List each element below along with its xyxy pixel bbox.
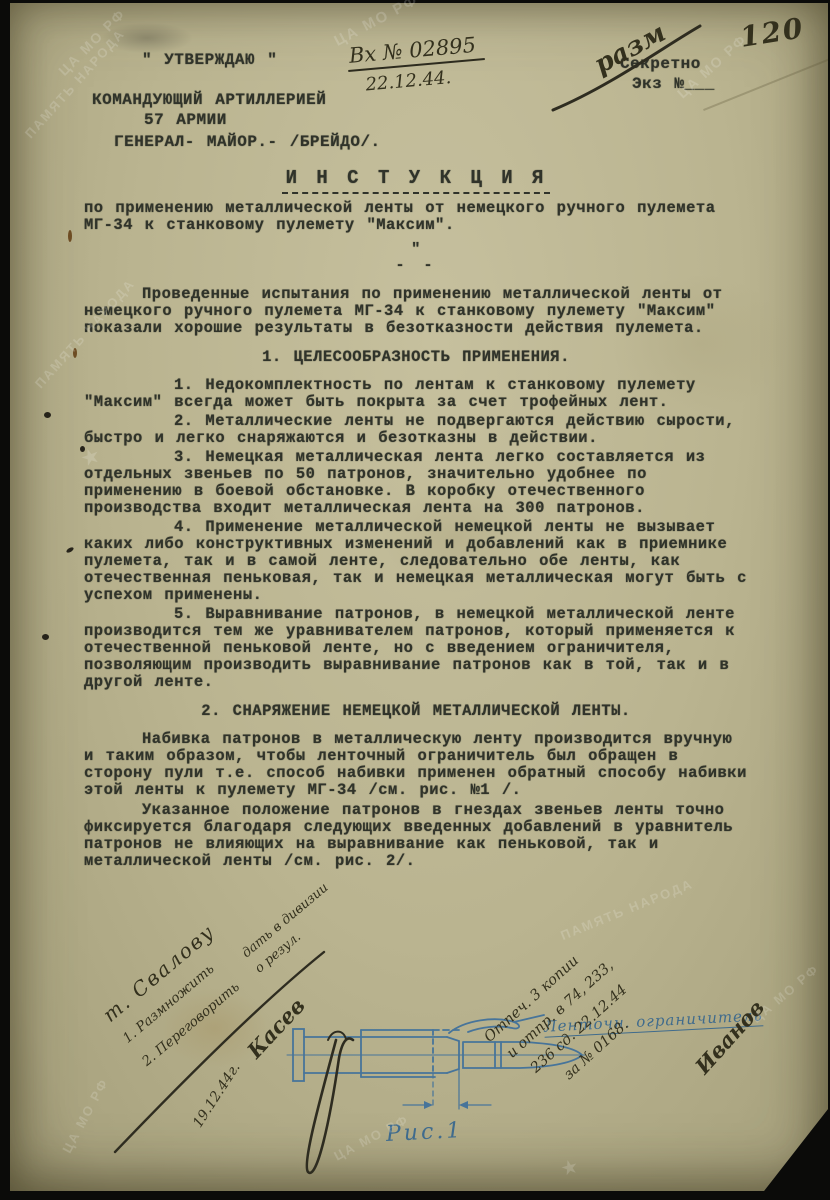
section-2-title: 2. СНАРЯЖЕНИЕ НЕМЕЦКОЙ МЕТАЛЛИЧЕСКОЙ ЛЕН… bbox=[84, 703, 748, 720]
approve-stamp: " УТВЕРЖДАЮ " bbox=[142, 50, 277, 70]
body-paragraph: Указанное положение патронов в гнездах з… bbox=[84, 802, 748, 870]
typed-body: И Н С Т У К Ц И Я по применению металлич… bbox=[84, 170, 748, 873]
army-number: 57 АРМИИ bbox=[144, 110, 381, 130]
list-item: 1. Недокомплектность по лентам к станков… bbox=[84, 377, 748, 411]
list-item: 3. Немецкая металлическая лента легко со… bbox=[84, 449, 748, 517]
quote-mark: " bbox=[84, 242, 748, 257]
intro-paragraph: Проведенные испытания по применению мета… bbox=[84, 286, 748, 337]
document-subtitle: по применению металлической ленты от нем… bbox=[84, 200, 748, 234]
divider-dashes: - - bbox=[84, 257, 748, 274]
commander-block: КОМАНДУЮЩИЙ АРТИЛЛЕРИЕЙ 57 АРМИИ ГЕНЕРАЛ… bbox=[92, 90, 381, 152]
list-item: 5. Выравнивание патронов, в немецкой мет… bbox=[84, 606, 748, 691]
document-title: И Н С Т У К Ц И Я bbox=[84, 170, 748, 188]
commander-rank: ГЕНЕРАЛ- МАЙОР.- /БРЕЙДО/. bbox=[114, 132, 381, 152]
list-item: 4. Применение металлической немецкой лен… bbox=[84, 519, 748, 604]
section-1-title: 1. ЦЕЛЕСООБРАЗНОСТЬ ПРИМЕНЕНИЯ. bbox=[84, 349, 748, 366]
paper-speck bbox=[44, 412, 51, 418]
body-paragraph: Набивка патронов в металлическую ленту п… bbox=[84, 731, 748, 799]
archival-scan: " УТВЕРЖДАЮ " КОМАНДУЮЩИЙ АРТИЛЛЕРИЕЙ 57… bbox=[0, 0, 830, 1200]
commander-title: КОМАНДУЮЩИЙ АРТИЛЛЕРИЕЙ bbox=[92, 90, 381, 110]
list-item: 2. Металлические ленты не подвергаются д… bbox=[84, 413, 748, 447]
paper-speck bbox=[68, 230, 72, 242]
paper-speck bbox=[42, 634, 49, 640]
